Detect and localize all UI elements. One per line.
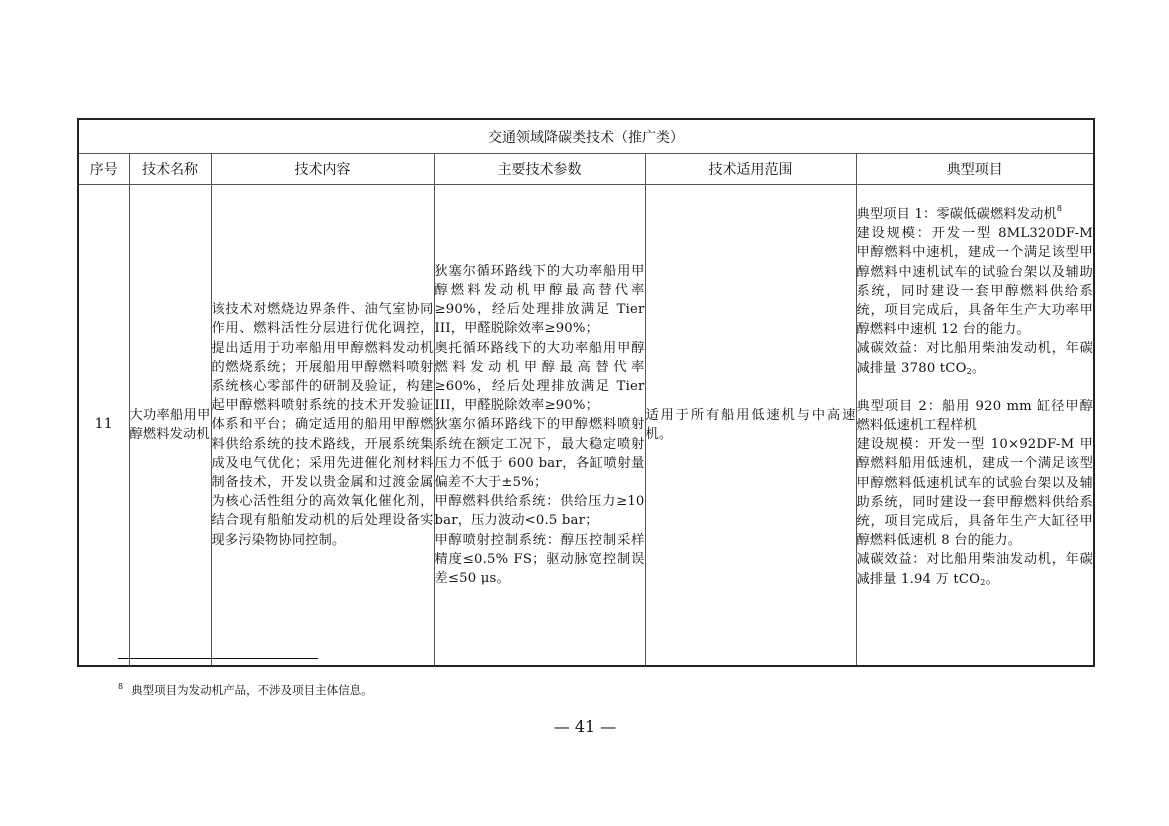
table-title: 交通领域降碳类技术（推广类）: [78, 119, 1094, 154]
project-benefit: 减碳效益：对比船用柴油发动机，年碳减排量 1.94 万 tCO2。: [857, 550, 1094, 588]
header-content: 技术内容: [211, 154, 434, 185]
header-number: 序号: [78, 154, 129, 185]
project-title: 典型项目 2：船用 920 mm 缸径甲醇燃料低速机工程样机: [857, 397, 1094, 435]
technology-table: 交通领域降碳类技术（推广类） 序号 技术名称 技术内容 主要技术参数 技术适用范…: [77, 118, 1095, 667]
header-projects: 典型项目: [856, 154, 1094, 185]
footnote-divider: [118, 658, 318, 659]
footnote-reference[interactable]: 8: [1057, 204, 1062, 213]
technology-parameters: 狄塞尔循环路线下的大功率船用甲醇燃料发动机甲醇最高替代率≥90%，经后处理排放满…: [434, 185, 645, 667]
project-scale: 建设规模：开发一型 10×92DF-M 甲醇燃料船用低速机，建成一个满足该型甲醇…: [857, 435, 1094, 550]
header-name: 技术名称: [129, 154, 211, 185]
parameter-item: 狄塞尔循环路线下的大功率船用甲醇燃料发动机甲醇最高替代率≥90%，经后处理排放满…: [435, 262, 645, 339]
footnote-mark: 8: [118, 682, 123, 691]
header-scope: 技术适用范围: [645, 154, 856, 185]
parameter-item: 甲醇喷射控制系统：醇压控制采样精度≤0.5% FS；驱动脉宽控制误差≤50 μs…: [435, 531, 645, 589]
technology-name: 大功率船用甲醇燃料发动机: [129, 185, 211, 667]
parameter-item: 奥托循环路线下的大功率船用甲醇燃料发动机甲醇最高替代率≥60%，经后处理排放满足…: [435, 339, 645, 416]
typical-projects: 典型项目 1：零碳低碳燃料发动机8 建设规模：开发一型 8ML320DF-M 甲…: [856, 185, 1094, 667]
footnote: 8典型项目为发动机产品，不涉及项目主体信息。: [118, 682, 373, 698]
project-title: 典型项目 1：零碳低碳燃料发动机8: [857, 205, 1094, 224]
header-parameters: 主要技术参数: [434, 154, 645, 185]
spacer: [857, 378, 1094, 397]
project-benefit: 减碳效益：对比船用柴油发动机，年碳减排量 3780 tCO2。: [857, 339, 1094, 377]
application-scope: 适用于所有船用低速机与中高速机。: [645, 185, 856, 667]
technology-content: 该技术对燃烧边界条件、油气室协同作用、燃料活性分层进行优化调控，提出适用于功率船…: [211, 185, 434, 667]
row-number: 11: [78, 185, 129, 667]
parameter-item: 狄塞尔循环路线下的甲醇燃料喷射系统在额定工况下，最大稳定喷射压力不低于 600 …: [435, 415, 645, 492]
document-page: 交通领域降碳类技术（推广类） 序号 技术名称 技术内容 主要技术参数 技术适用范…: [0, 0, 1169, 826]
footnote-text: 典型项目为发动机产品，不涉及项目主体信息。: [131, 683, 373, 697]
parameter-item: 甲醇燃料供给系统：供给压力≥10 bar，压力波动<0.5 bar；: [435, 492, 645, 530]
project-scale: 建设规模：开发一型 8ML320DF-M 甲醇燃料中速机，建成一个满足该型甲醇燃…: [857, 224, 1094, 339]
table-row: 11 大功率船用甲醇燃料发动机 该技术对燃烧边界条件、油气室协同作用、燃料活性分…: [78, 185, 1094, 667]
page-number: — 41 —: [530, 717, 640, 736]
